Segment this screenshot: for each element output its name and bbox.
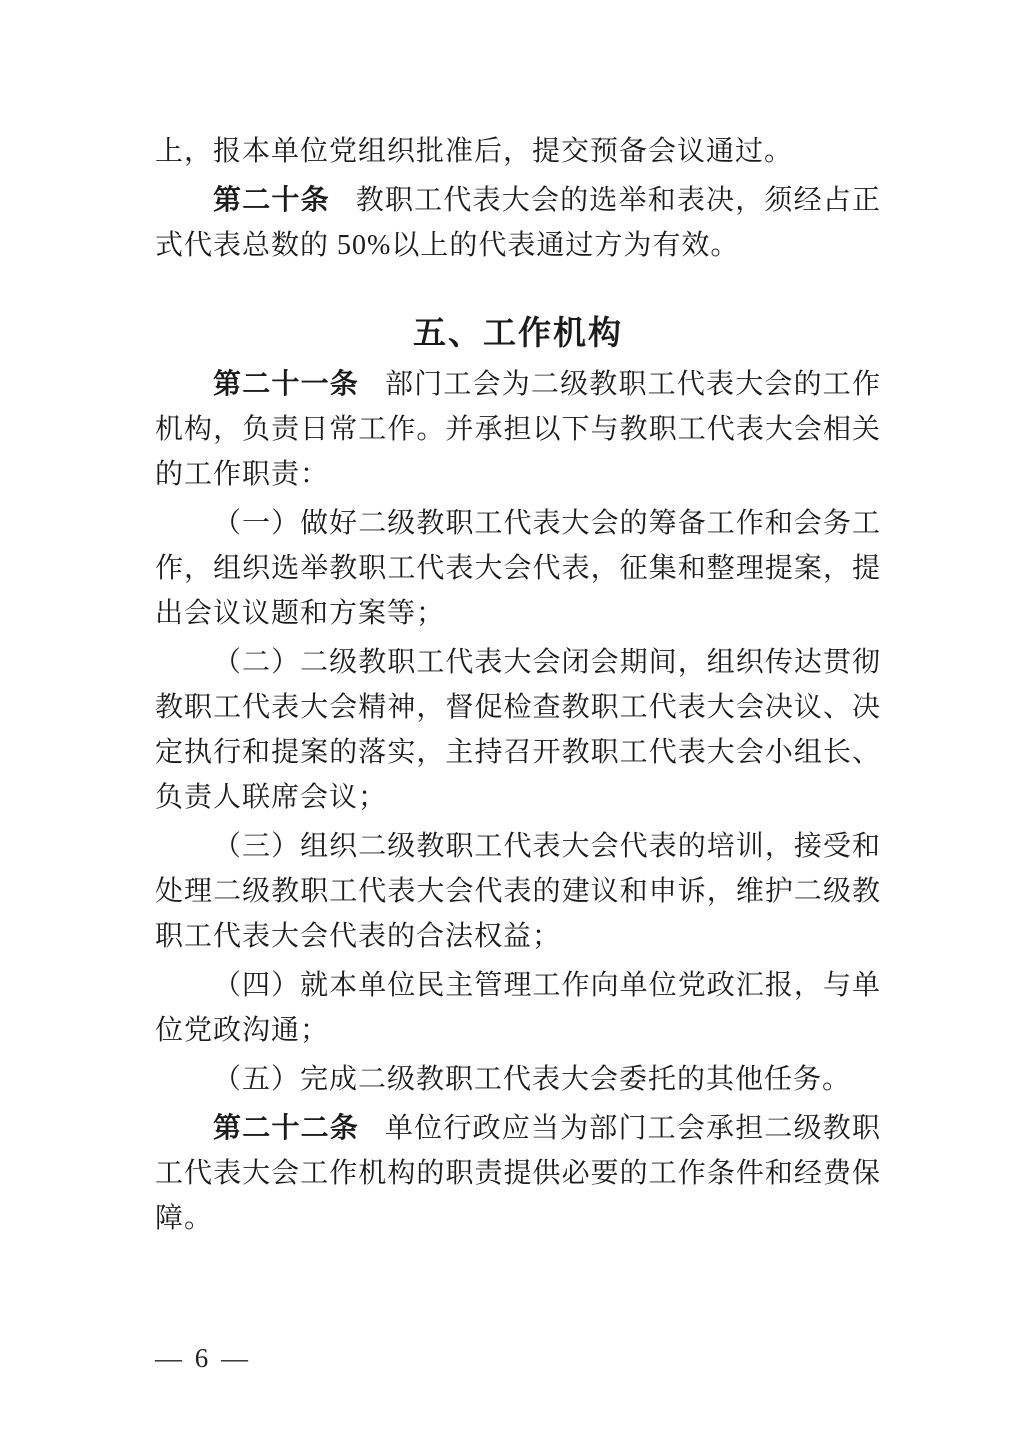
- section-heading: 五、工作机构: [155, 309, 881, 359]
- page-number: — 6 —: [155, 1340, 251, 1376]
- paragraph-continuation: 上，报本单位党组织批准后，提交预备会议通过。: [155, 129, 881, 174]
- article-21-number: 第二十一条: [213, 369, 359, 400]
- duty-item-1: （一）做好二级教职工代表大会的筹备工作和会务工作，组织选举教职工代表大会代表，征…: [155, 501, 881, 636]
- duty-item-4: （四）就本单位民主管理工作向单位党政汇报，与单位党政沟通；: [155, 963, 881, 1053]
- article-21-paragraph: 第二十一条部门工会为二级教职工代表大会的工作机构，负责日常工作。并承担以下与教职…: [155, 362, 881, 497]
- duty-item-3: （三）组织二级教职工代表大会代表的培训，接受和处理二级教职工代表大会代表的建议和…: [155, 824, 881, 959]
- article-22-number: 第二十二条: [213, 1113, 359, 1144]
- article-20-paragraph: 第二十条教职工代表大会的选举和表决，须经占正式代表总数的 50%以上的代表通过方…: [155, 178, 881, 268]
- document-page: 上，报本单位党组织批准后，提交预备会议通过。 第二十条教职工代表大会的选举和表决…: [0, 0, 1024, 1448]
- document-body: 上，报本单位党组织批准后，提交预备会议通过。 第二十条教职工代表大会的选举和表决…: [155, 129, 881, 1245]
- article-20-number: 第二十条: [213, 185, 330, 216]
- duty-item-5: （五）完成二级教职工代表大会委托的其他任务。: [155, 1057, 881, 1102]
- article-22-paragraph: 第二十二条单位行政应当为部门工会承担二级教职工代表大会工作机构的职责提供必要的工…: [155, 1106, 881, 1241]
- duty-item-2: （二）二级教职工代表大会闭会期间，组织传达贯彻教职工代表大会精神，督促检查教职工…: [155, 640, 881, 820]
